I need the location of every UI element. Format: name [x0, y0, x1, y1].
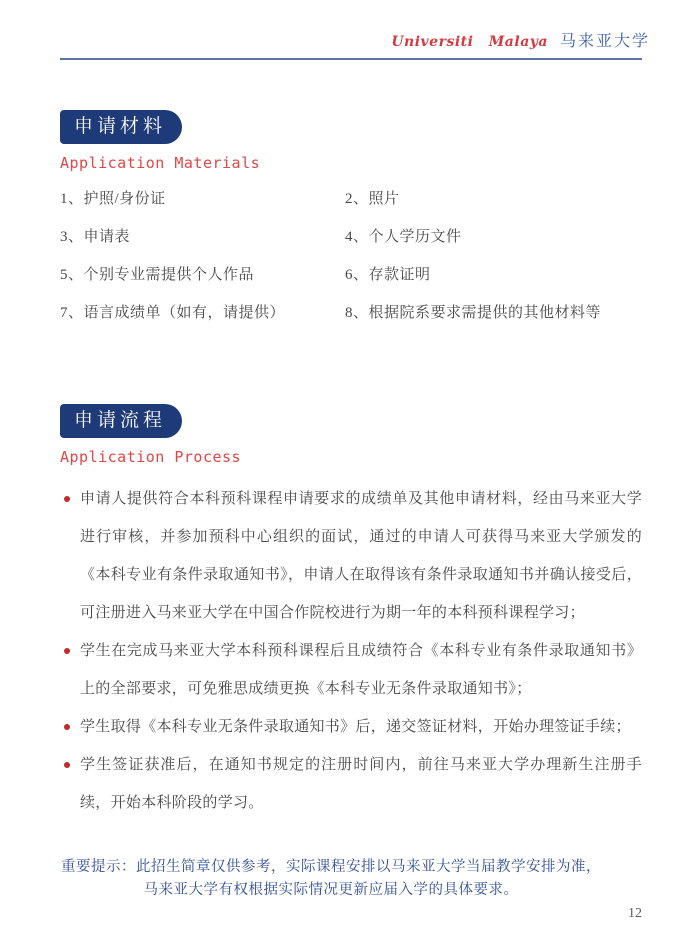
materials-list: 1、护照/身份证 2、照片 3、申请表 4、个人学历文件 5、个别专业需提供个人…: [60, 188, 642, 324]
process-steps-list: 申请人提供符合本科预科课程申请要求的成绩单及其他申请材料，经由马来亚大学进行审核…: [60, 480, 642, 822]
process-step: 学生在完成马来亚大学本科预科课程后且成绩符合《本科专业有条件录取通知书》上的全部…: [60, 632, 642, 708]
university-name-cn: 马来亚大学: [560, 28, 650, 51]
process-step: 学生签证获准后，在通知书规定的注册时间内，前往马来亚大学办理新生注册手续，开始本…: [60, 746, 642, 822]
materials-list-item: 2、照片: [345, 188, 642, 210]
document-page: Universiti Malaya 马来亚大学 申请材料 Application…: [0, 0, 700, 950]
materials-list-item: 4、个人学历文件: [345, 226, 642, 248]
bullet-icon: [64, 724, 70, 730]
materials-list-item: 3、申请表: [60, 226, 345, 248]
section-application-materials: 申请材料 Application Materials 1、护照/身份证 2、照片…: [60, 110, 642, 324]
bullet-icon: [64, 496, 70, 502]
materials-list-item: 1、护照/身份证: [60, 188, 345, 210]
header-brand: Universiti Malaya 马来亚大学: [391, 28, 650, 51]
process-section-subtitle: Application Process: [60, 448, 642, 466]
process-step: 申请人提供符合本科预科课程申请要求的成绩单及其他申请材料，经由马来亚大学进行审核…: [60, 480, 642, 632]
materials-list-item: 7、语言成绩单（如有，请提供）: [60, 302, 345, 324]
materials-list-item: 8、根据院系要求需提供的其他材料等: [345, 302, 642, 324]
important-notice-line2: 马来亚大学有权根据实际情况更新应届入学的具体要求。: [20, 879, 642, 902]
important-notice: 重要提示：此招生简章仅供参考，实际课程安排以马来亚大学当届教学安排为准， 马来亚…: [20, 856, 642, 902]
university-logo-script: Universiti Malaya: [391, 34, 548, 50]
materials-list-item: 6、存款证明: [345, 264, 642, 286]
process-step-text: 学生签证获准后，在通知书规定的注册时间内，前往马来亚大学办理新生注册手续，开始本…: [80, 757, 642, 811]
important-notice-line1: 重要提示：此招生简章仅供参考，实际课程安排以马来亚大学当届教学安排为准，: [20, 856, 642, 879]
process-step: 学生取得《本科专业无条件录取通知书》后，递交签证材料，开始办理签证手续；: [60, 708, 642, 746]
process-step-text: 学生取得《本科专业无条件录取通知书》后，递交签证材料，开始办理签证手续；: [80, 719, 631, 735]
section-application-process: 申请流程 Application Process 申请人提供符合本科预科课程申请…: [60, 404, 642, 822]
materials-section-badge: 申请材料: [60, 110, 182, 144]
materials-list-item: 5、个别专业需提供个人作品: [60, 264, 345, 286]
bullet-icon: [64, 762, 70, 768]
page-number: 12: [628, 906, 642, 922]
bullet-icon: [64, 648, 70, 654]
materials-section-subtitle: Application Materials: [60, 154, 642, 172]
process-step-text: 学生在完成马来亚大学本科预科课程后且成绩符合《本科专业有条件录取通知书》上的全部…: [80, 643, 642, 697]
process-step-text: 申请人提供符合本科预科课程申请要求的成绩单及其他申请材料，经由马来亚大学进行审核…: [80, 491, 642, 621]
header-divider: [60, 58, 642, 60]
process-section-badge: 申请流程: [60, 404, 182, 438]
